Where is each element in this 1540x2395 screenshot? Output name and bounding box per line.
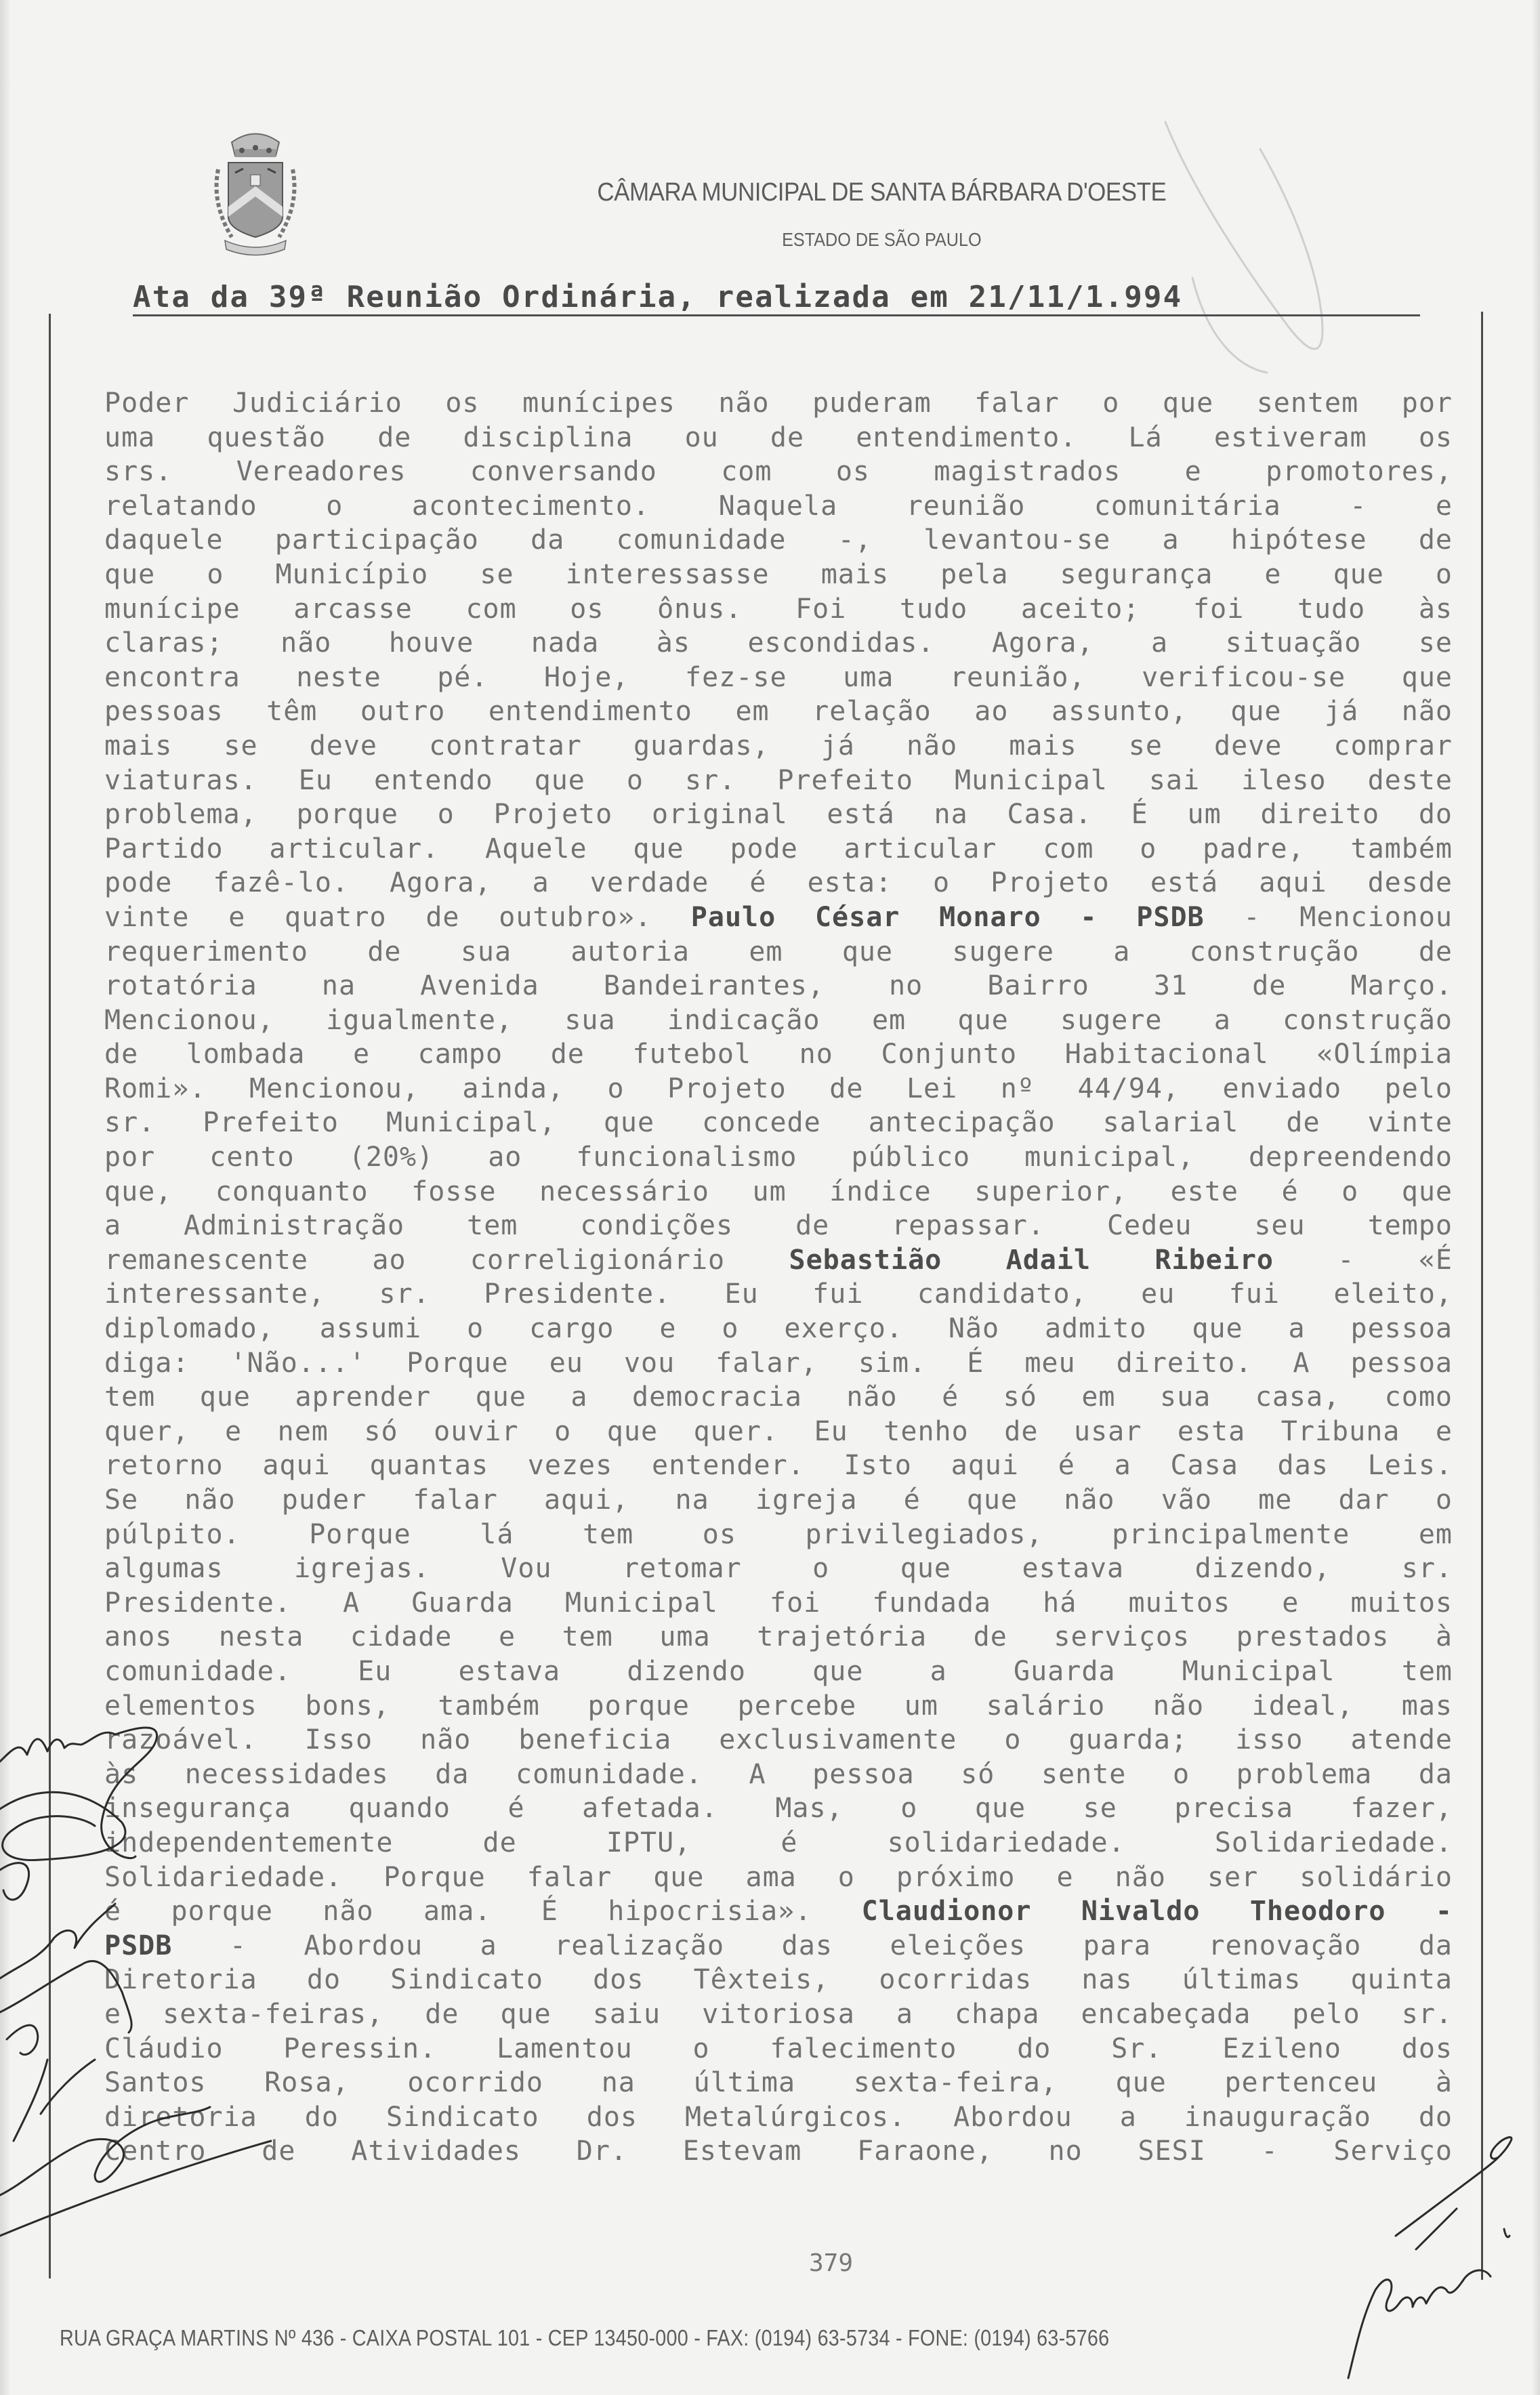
text-segment: - Abordou a realização das eleições para… (172, 1930, 1453, 1961)
speaker-name: Claudionor Nivaldo Theodoro - (862, 1896, 1453, 1927)
text-segment: diplomado, assumi o cargo e o exerço. Nã… (104, 1313, 1453, 1344)
text-line: srs. Vereadores conversando com os magis… (104, 455, 1453, 489)
text-segment: que, conquanto fosse necessário um índic… (104, 1176, 1453, 1207)
text-line: interessante, sr. Presidente. Eu fui can… (104, 1277, 1453, 1312)
document-title: Ata da 39ª Reunião Ordinária, realizada … (133, 280, 1182, 314)
text-segment: Cláudio Peressin. Lamentou o falecimento… (104, 2033, 1453, 2064)
text-line: tem que aprender que a democracia não é … (104, 1380, 1453, 1415)
text-line: algumas igrejas. Vou retomar o que estav… (104, 1551, 1453, 1586)
text-segment: interessante, sr. Presidente. Eu fui can… (104, 1278, 1453, 1310)
text-segment: remanescente ao correligionário (104, 1245, 789, 1276)
text-line: Solidariedade. Porque falar que ama o pr… (104, 1860, 1453, 1895)
text-line: Mencionou, igualmente, sua indicação em … (104, 1003, 1453, 1038)
text-segment: Se não puder falar aqui, na igreja é que… (104, 1484, 1453, 1516)
text-line: requerimento de sua autoria em que suger… (104, 935, 1453, 970)
text-segment: sr. Prefeito Municipal, que concede ante… (104, 1107, 1453, 1138)
text-line: independentemente de IPTU, é solidarieda… (104, 1826, 1453, 1860)
text-segment: independentemente de IPTU, é solidarieda… (104, 1827, 1453, 1858)
text-line: quer, e nem só ouvir o que quer. Eu tenh… (104, 1415, 1453, 1449)
text-line: anos nesta cidade e tem uma trajetória d… (104, 1620, 1453, 1654)
text-segment: vinte e quatro de outubro». (104, 902, 691, 933)
text-line: claras; não houve nada às escondidas. Ag… (104, 626, 1453, 661)
speaker-name: Paulo César Monaro - PSDB (691, 902, 1205, 933)
text-segment: pessoas têm outro entendimento em relaçã… (104, 696, 1453, 727)
text-segment: de lombada e campo de futebol no Conjunt… (104, 1039, 1453, 1070)
text-segment: relatando o acontecimento. Naquela reuni… (104, 491, 1453, 522)
text-segment: srs. Vereadores conversando com os magis… (104, 456, 1453, 487)
minutes-body-text: Poder Judiciário os munícipes não pudera… (104, 386, 1453, 2169)
text-line: uma questão de disciplina ou de entendim… (104, 421, 1453, 455)
text-segment: púlpito. Porque lá tem os privilegiados,… (104, 1519, 1453, 1550)
text-line: Centro de Atividades Dr. Estevam Faraone… (104, 2134, 1453, 2169)
text-segment: requerimento de sua autoria em que suger… (104, 936, 1453, 967)
text-line: pode fazê-lo. Agora, a verdade é esta: o… (104, 866, 1453, 900)
text-segment: Romi». Mencionou, ainda, o Projeto de Le… (104, 1073, 1453, 1104)
text-line: que, conquanto fosse necessário um índic… (104, 1175, 1453, 1209)
text-segment: - «É (1274, 1245, 1453, 1276)
text-line: rotatória na Avenida Bandeirantes, no Ba… (104, 969, 1453, 1003)
speaker-name: Sebastião Adail Ribeiro (789, 1245, 1274, 1276)
text-segment: algumas igrejas. Vou retomar o que estav… (104, 1553, 1453, 1584)
text-line: mais se deve contratar guardas, já não m… (104, 729, 1453, 764)
text-line: Se não puder falar aqui, na igreja é que… (104, 1483, 1453, 1518)
text-line: de lombada e campo de futebol no Conjunt… (104, 1037, 1453, 1072)
text-segment: problema, porque o Projeto original está… (104, 799, 1453, 830)
text-line: Romi». Mencionou, ainda, o Projeto de Le… (104, 1072, 1453, 1106)
text-line: comunidade. Eu estava dizendo que a Guar… (104, 1654, 1453, 1689)
text-segment: razoável. Isso não beneficia exclusivame… (104, 1724, 1453, 1755)
text-segment: elementos bons, também porque percebe um… (104, 1690, 1453, 1722)
text-line: a Administração tem condições de repassa… (104, 1209, 1453, 1243)
text-line: é porque não ama. É hipocrisia». Claudio… (104, 1894, 1453, 1929)
text-line: problema, porque o Projeto original está… (104, 797, 1453, 832)
text-line: elementos bons, também porque percebe um… (104, 1689, 1453, 1724)
text-line: púlpito. Porque lá tem os privilegiados,… (104, 1518, 1453, 1552)
text-segment: às necessidades da comunidade. A pessoa … (104, 1759, 1453, 1790)
text-line: munícipe arcasse com os ônus. Foi tudo a… (104, 592, 1453, 627)
text-segment: diga: 'Não...' Porque eu vou falar, sim.… (104, 1348, 1453, 1379)
text-line: insegurança quando é afetada. Mas, o que… (104, 1791, 1453, 1826)
text-segment: Santos Rosa, ocorrido na última sexta-fe… (104, 2067, 1453, 2098)
text-segment: Presidente. A Guarda Municipal foi funda… (104, 1587, 1453, 1619)
text-segment: Mencionou, igualmente, sua indicação em … (104, 1005, 1453, 1036)
text-line: às necessidades da comunidade. A pessoa … (104, 1757, 1453, 1792)
text-segment: Partido articular. Aquele que pode artic… (104, 833, 1453, 865)
text-line: Diretoria do Sindicato dos Têxteis, ocor… (104, 1963, 1453, 1997)
organization-name: CÂMARA MUNICIPAL DE SANTA BÁRBARA D'OEST… (70, 178, 1487, 207)
text-segment: que o Município se interessasse mais pel… (104, 559, 1453, 590)
text-segment: quer, e nem só ouvir o que quer. Eu tenh… (104, 1416, 1453, 1447)
text-segment: Solidariedade. Porque falar que ama o pr… (104, 1862, 1453, 1893)
text-line: PSDB - Abordou a realização das eleições… (104, 1929, 1453, 1963)
text-segment: Diretoria do Sindicato dos Têxteis, ocor… (104, 1964, 1453, 1995)
text-line: relatando o acontecimento. Naquela reuni… (104, 489, 1453, 524)
text-segment: rotatória na Avenida Bandeirantes, no Ba… (104, 970, 1453, 1001)
text-segment: uma questão de disciplina ou de entendim… (104, 422, 1453, 453)
text-segment: - Mencionou (1205, 902, 1453, 933)
text-line: e sexta-feiras, de que saiu vitoriosa a … (104, 1997, 1453, 2032)
text-segment: e sexta-feiras, de que saiu vitoriosa a … (104, 1999, 1453, 2030)
text-segment: viaturas. Eu entendo que o sr. Prefeito … (104, 765, 1453, 796)
text-segment: insegurança quando é afetada. Mas, o que… (104, 1793, 1453, 1824)
text-line: Poder Judiciário os munícipes não pudera… (104, 386, 1453, 421)
text-segment: encontra neste pé. Hoje, fez-se uma reun… (104, 662, 1453, 693)
text-line: que o Município se interessasse mais pel… (104, 558, 1453, 592)
organization-state: ESTADO DE SÃO PAULO (88, 229, 1474, 251)
text-line: diga: 'Não...' Porque eu vou falar, sim.… (104, 1346, 1453, 1381)
text-line: pessoas têm outro entendimento em relaçã… (104, 694, 1453, 729)
text-segment: daquele participação da comunidade -, le… (104, 524, 1453, 556)
text-line: razoável. Isso não beneficia exclusivame… (104, 1723, 1453, 1757)
text-line: daquele participação da comunidade -, le… (104, 523, 1453, 558)
signature-bottom-right-icon (1287, 2066, 1540, 2395)
text-segment: anos nesta cidade e tem uma trajetória d… (104, 1621, 1453, 1652)
text-segment: a Administração tem condições de repassa… (104, 1210, 1453, 1241)
text-segment: claras; não houve nada às escondidas. Ag… (104, 627, 1453, 659)
text-line: Partido articular. Aquele que pode artic… (104, 832, 1453, 867)
signature-left-margin-icon (0, 1707, 285, 2385)
bleed-through-marks (1152, 108, 1423, 413)
text-segment: mais se deve contratar guardas, já não m… (104, 730, 1453, 762)
text-line: vinte e quatro de outubro». Paulo César … (104, 900, 1453, 935)
text-segment: diretoria do Sindicato dos Metalúrgicos.… (104, 2102, 1453, 2133)
text-segment: Poder Judiciário os munícipes não pudera… (104, 388, 1453, 419)
text-segment: Centro de Atividades Dr. Estevam Faraone… (104, 2136, 1453, 2167)
text-segment: comunidade. Eu estava dizendo que a Guar… (104, 1656, 1453, 1687)
text-segment: por cento (20%) ao funcionalismo público… (104, 1142, 1453, 1173)
margin-line-right (1481, 312, 1483, 2280)
text-line: Presidente. A Guarda Municipal foi funda… (104, 1586, 1453, 1621)
text-line: por cento (20%) ao funcionalismo público… (104, 1140, 1453, 1175)
text-line: sr. Prefeito Municipal, que concede ante… (104, 1106, 1453, 1140)
text-line: diplomado, assumi o cargo e o exerço. Nã… (104, 1312, 1453, 1346)
text-line: Santos Rosa, ocorrido na última sexta-fe… (104, 2066, 1453, 2100)
text-line: Cláudio Peressin. Lamentou o falecimento… (104, 2032, 1453, 2066)
text-line: remanescente ao correligionário Sebastiã… (104, 1243, 1453, 1278)
text-line: viaturas. Eu entendo que o sr. Prefeito … (104, 764, 1453, 798)
text-line: diretoria do Sindicato dos Metalúrgicos.… (104, 2100, 1453, 2135)
text-segment: pode fazê-lo. Agora, a verdade é esta: o… (104, 867, 1453, 898)
scan-edge-right (1532, 0, 1540, 2395)
text-segment: munícipe arcasse com os ônus. Foi tudo a… (104, 593, 1453, 625)
text-segment: tem que aprender que a democracia não é … (104, 1381, 1453, 1413)
text-line: retorno aqui quantas vezes entender. Ist… (104, 1449, 1453, 1483)
text-line: encontra neste pé. Hoje, fez-se uma reun… (104, 661, 1453, 695)
title-underline (133, 314, 1420, 316)
text-segment: retorno aqui quantas vezes entender. Ist… (104, 1450, 1453, 1481)
